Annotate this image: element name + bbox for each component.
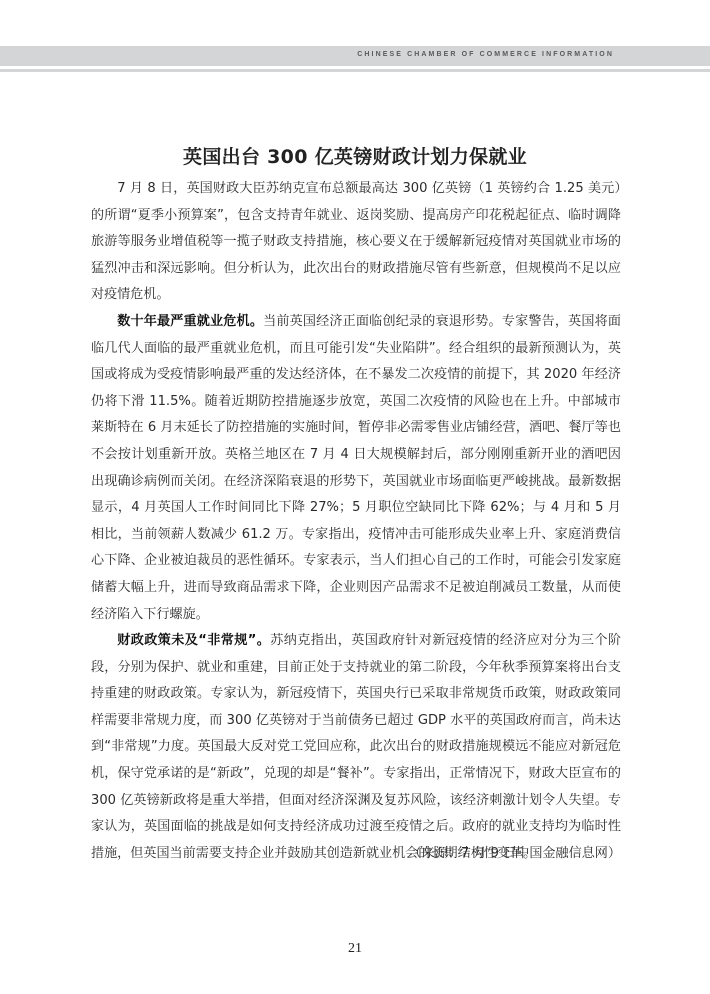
paragraph-text: 当前英国经济正面临创纪录的衰退形势。专家警告，英国将面临几代人面临的最严重就业危… bbox=[91, 314, 621, 622]
article-title: 英国出台 300 亿英镑财政计划力保就业 bbox=[0, 142, 710, 169]
article-body: 7 月 8 日，英国财政大臣苏纳克宣布总额最高达 300 亿英镑（1 英镑约合 … bbox=[91, 176, 621, 867]
header-rule bbox=[0, 69, 710, 72]
paragraph-intro: 7 月 8 日，英国财政大臣苏纳克宣布总额最高达 300 亿英镑（1 英镑约合 … bbox=[91, 176, 621, 309]
paragraph-lead: 财政政策未及“非常规”。 bbox=[117, 633, 270, 648]
paragraph-text: 7 月 8 日，英国财政大臣苏纳克宣布总额最高达 300 亿英镑（1 英镑约合 … bbox=[91, 181, 621, 302]
paragraph-fiscal-policy: 财政政策未及“非常规”。苏纳克指出，英国政府针对新冠疫情的经济应对分为三个阶段，… bbox=[91, 628, 621, 867]
paragraph-text: 苏纳克指出，英国政府针对新冠疫情的经济应对分为三个阶段，分别为保护、就业和重建，… bbox=[91, 633, 621, 861]
page-number: 21 bbox=[0, 941, 710, 957]
paragraph-employment-crisis: 数十年最严重就业危机。当前英国经济正面临创纪录的衰退形势。专家警告，英国将面临几… bbox=[91, 309, 621, 628]
publication-name: CHINESE CHAMBER OF COMMERCE INFORMATION bbox=[357, 51, 614, 58]
paragraph-lead: 数十年最严重就业危机。 bbox=[117, 314, 263, 329]
